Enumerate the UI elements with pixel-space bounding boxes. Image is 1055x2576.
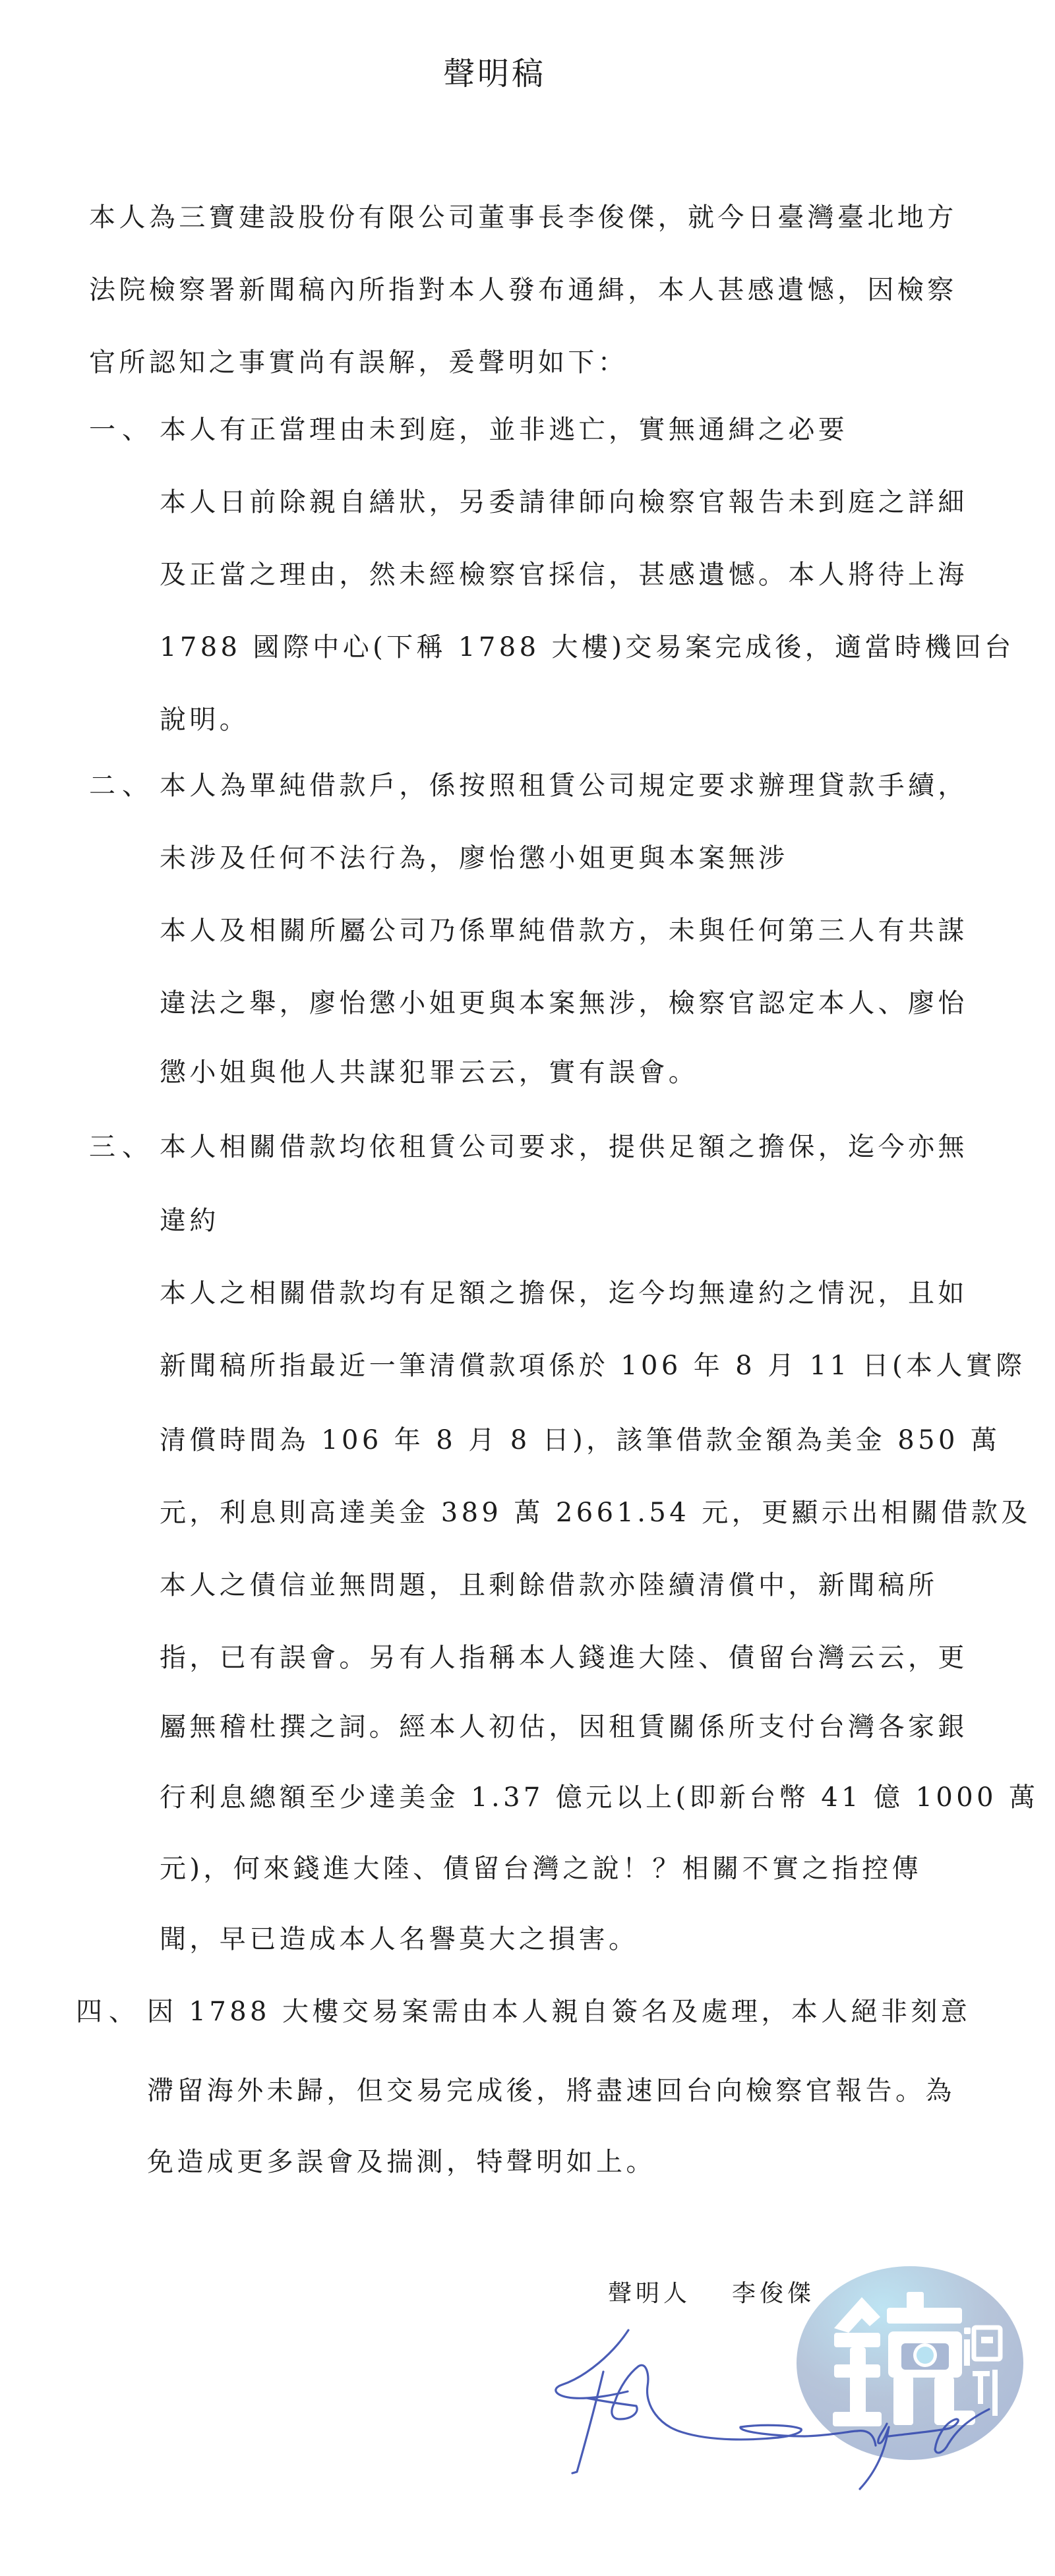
section-marker-2: 二、 [89,771,155,800]
section-1-heading: 本人有正當理由未到庭，並非逃亡，實無通緝之必要 [160,415,848,444]
section-3-line: 新聞稿所指最近一筆清償款項係於 106 年 8 月 11 日(本人實際 [160,1351,1026,1380]
section-2-heading: 未涉及任何不法行為，廖怡懲小姐更與本案無涉 [160,844,788,873]
document-title: 聲明稿 [0,55,989,92]
section-4-line: 滯留海外未歸，但交易完成後，將盡速回台向檢察官報告。為 [147,2076,955,2105]
intro-line: 本人為三寶建設股份有限公司董事長李俊傑，就今日臺灣臺北地方 [89,203,957,232]
intro-line: 官所認知之事實尚有誤解，爰聲明如下： [89,348,628,377]
section-2-line: 懲小姐與他人共謀犯罪云云，實有誤會。 [160,1058,698,1087]
section-3-line: 元，利息則高達美金 389 萬 2661.54 元，更顯示出相關借款及 [160,1498,1031,1527]
section-2-heading: 本人為單純借款戶，係按照租賃公司規定要求辦理貸款手續， [160,771,968,800]
section-1-line: 本人日前除親自繕狀，另委請律師向檢察官報告未到庭之詳細 [160,488,968,517]
section-marker-4: 四、 [76,1997,142,2026]
statement-page: 聲明稿 本人為三寶建設股份有限公司董事長李俊傑，就今日臺灣臺北地方 法院檢察署新… [0,0,1055,2576]
intro-line: 法院檢察署新聞稿內所指對本人發布通緝，本人甚感遺憾，因檢察 [89,276,957,305]
section-2-line: 本人及相關所屬公司乃係單純借款方，未與任何第三人有共謀 [160,916,968,945]
section-4-line: 因 1788 大樓交易案需由本人親自簽名及處理，本人絕非刻意 [147,1997,971,2026]
section-3-line: 行利息總額至少達美金 1.37 億元以上(即新台幣 41 億 1000 萬 [160,1783,1039,1812]
section-marker-1: 一、 [89,415,155,444]
section-4-line: 免造成更多誤會及揣測，特聲明如上。 [147,2148,656,2177]
handwritten-signature [541,2320,1015,2505]
section-3-heading: 本人相關借款均依租賃公司要求，提供足額之擔保，迄今亦無 [160,1132,968,1161]
section-3-line: 本人之債信並無問題，且剩餘借款亦陸續清償中，新聞稿所 [160,1571,938,1600]
section-marker-3: 三、 [89,1132,155,1161]
section-3-heading: 違約 [160,1206,220,1235]
section-3-line: 本人之相關借款均有足額之擔保，迄今均無違約之情況，且如 [160,1279,968,1308]
section-3-line: 聞，早已造成本人名譽莫大之損害。 [160,1925,638,1954]
section-1-line: 1788 國際中心(下稱 1788 大樓)交易案完成後，適當時機回台 [160,633,1015,662]
section-2-line: 違法之舉，廖怡懲小姐更與本案無涉，檢察官認定本人、廖怡 [160,989,968,1018]
section-3-line: 元)，何來錢進大陸、債留台灣之說！？相關不實之指控傳 [160,1854,922,1883]
section-3-line: 清償時間為 106 年 8 月 8 日)，該筆借款金額為美金 850 萬 [160,1426,1000,1455]
section-1-line: 及正當之理由，然未經檢察官採信，甚感遺憾。本人將待上海 [160,560,968,589]
section-3-line: 指，已有誤會。另有人指稱本人錢進大陸、債留台灣云云，更 [160,1643,968,1672]
section-3-line: 屬無稽杜撰之詞。經本人初估，因租賃關係所支付台灣各家銀 [160,1712,968,1742]
signatory-label: 聲明人 [608,2281,691,2307]
section-1-line: 說明。 [160,705,249,734]
